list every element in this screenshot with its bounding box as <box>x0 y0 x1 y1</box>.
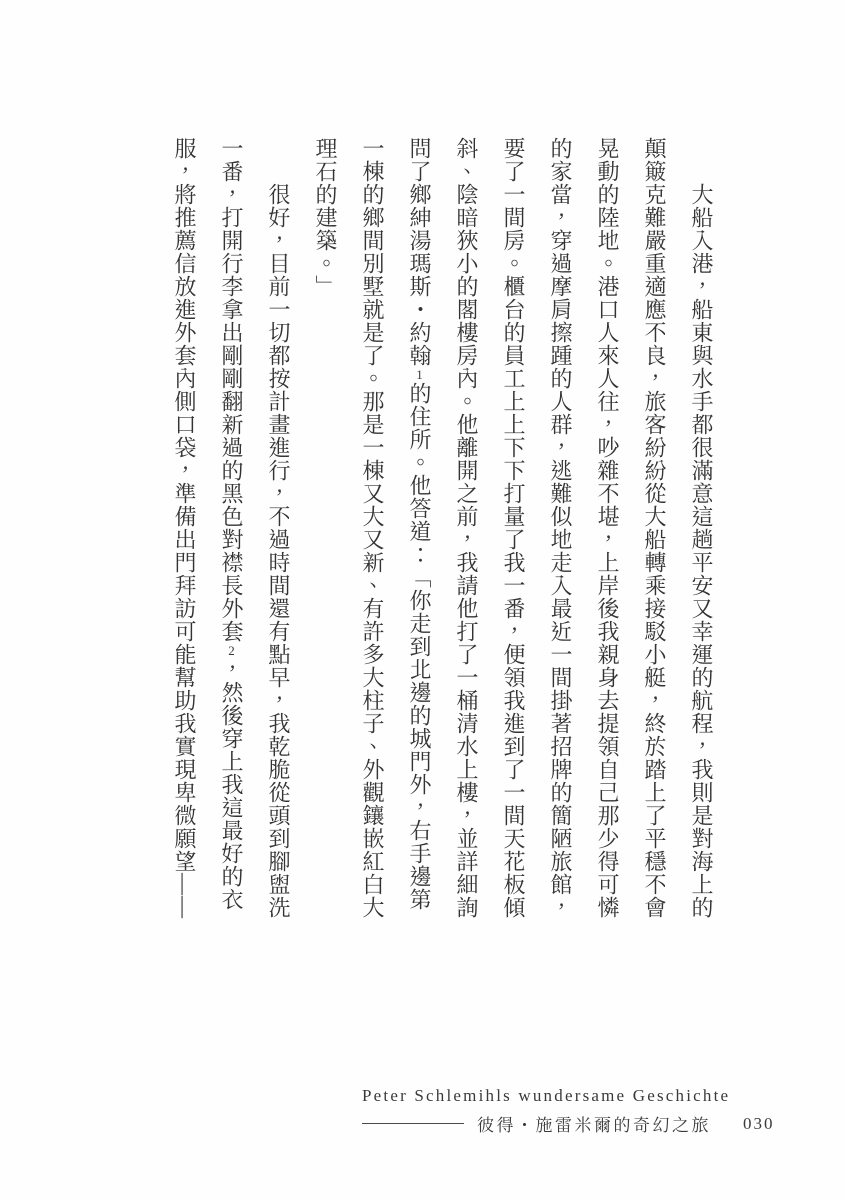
text-column: 大船入港，船東與水手都很滿意這趟平安又幸運的航程，我則是對海上的 <box>678 137 725 947</box>
text-column: 要了一間房。櫃台的員工上上下下打量了我一番，便領我進到了一間天花板傾 <box>490 137 537 947</box>
text-column: 顛簸克難嚴重適應不良，旅客紛紛從大船轉乘接駁小艇，終於踏上了平穩不會 <box>631 137 678 947</box>
text-column: 很好，目前一切都按計畫進行，不過時間還有點早，我乾脆從頭到腳盥洗 <box>255 137 302 947</box>
page-number: 030 <box>743 1114 775 1134</box>
text-column: 的家當，穿過摩肩擦踵的人群，逃難似地走入最近一間掛著招牌的簡陋旅館， <box>537 137 584 947</box>
footnote-marker-1: 1 <box>412 367 427 382</box>
book-page: 大船入港，船東與水手都很滿意這趟平安又幸運的航程，我則是對海上的 顛簸克難嚴重適… <box>0 0 845 1200</box>
body-text: 大船入港，船東與水手都很滿意這趟平安又幸運的航程，我則是對海上的 顛簸克難嚴重適… <box>161 137 725 947</box>
text-run: 一番，打開行李拿出剛剛翻新過的黑色對襟長外套 <box>219 137 244 643</box>
text-column: 一番，打開行李拿出剛剛翻新過的黑色對襟長外套2，然後穿上我這最好的衣 <box>208 137 255 947</box>
page-footer: Peter Schlemihls wundersame Geschichte 彼… <box>362 1086 775 1136</box>
series-title-german: Peter Schlemihls wundersame Geschichte <box>362 1086 775 1106</box>
text-column: 晃動的陸地。港口人來人往，吵雜不堪，上岸後我親身去提領自己那少得可憐 <box>584 137 631 947</box>
footer-title-row: 彼得・施雷米爾的奇幻之旅 030 <box>362 1111 775 1136</box>
text-column: 服，將推薦信放進外套內側口袋，準備出門拜訪可能幫助我實現卑微願望—— <box>161 137 208 947</box>
footer-rule <box>362 1123 464 1124</box>
text-column: 理石的建築。」 <box>302 137 349 947</box>
text-run: 的住所。他答道：「你走到北邊的城門外，右手邊第 <box>407 382 432 911</box>
text-run: 問了鄉紳湯瑪斯・約翰 <box>407 137 432 367</box>
text-column: 一棟的鄉間別墅就是了。那是一棟又大又新、有許多大柱子、外觀鑲嵌紅白大 <box>349 137 396 947</box>
text-column: 問了鄉紳湯瑪斯・約翰1的住所。他答道：「你走到北邊的城門外，右手邊第 <box>396 137 443 947</box>
book-title-chinese: 彼得・施雷米爾的奇幻之旅 <box>477 1111 711 1136</box>
text-run: ，然後穿上我這最好的衣 <box>219 658 244 911</box>
text-column: 斜、陰暗狹小的閣樓房內。他離開之前，我請他打了一桶清水上樓，並詳細詢 <box>443 137 490 947</box>
footnote-marker-2: 2 <box>224 643 239 658</box>
